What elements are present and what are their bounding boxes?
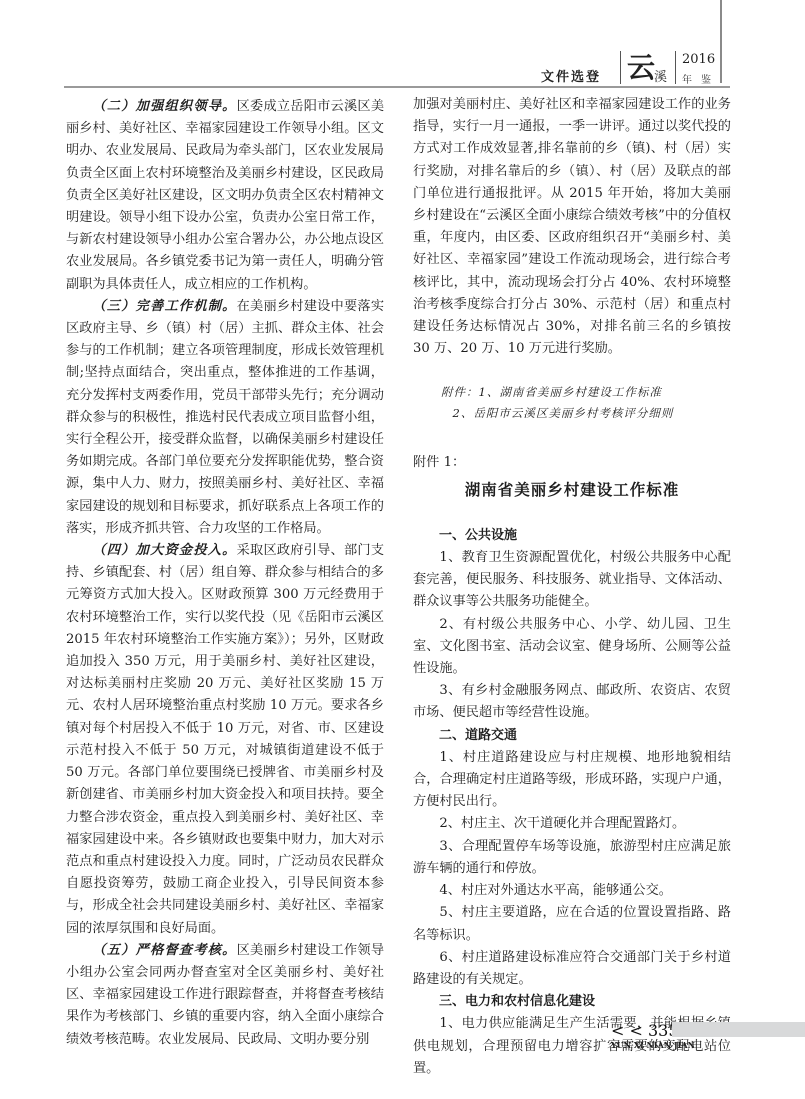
header-vertical-rule (720, 0, 722, 83)
paragraph-heading: （二）加强组织领导。 (92, 99, 236, 114)
paragraph-body: 区美丽乡村建设工作领导小组办公室会同两办督查室对全区美丽乡村、美好社区、幸福家园… (66, 943, 384, 1047)
page-number-bar (672, 1022, 805, 1037)
list-item: 6、村庄道路建设标准应符合交通部门关于乡村道路建设的有关规定。 (413, 947, 731, 991)
list-item: 2、有村级公共服务中心、小学、幼儿园、卫生室、文化图书室、活动会议室、健身场所、… (413, 614, 731, 681)
attachment-item: 2、岳阳市云溪区美丽乡村考核评分细则 (441, 403, 731, 424)
section-label: 文件选登 (541, 66, 601, 85)
attachment-list: 附件：1、湖南省美丽乡村建设工作标准 2、岳阳市云溪区美丽乡村考核评分细则 (413, 382, 731, 424)
page-number: < < 335 (611, 1021, 679, 1040)
section-heading: 一、公共设施 (413, 525, 731, 547)
list-item: 5、村庄主要道路，应在合适的位置设置指路、路名等标识。 (413, 902, 731, 946)
paragraph-mechanism: （三）完善工作机制。在美丽乡村建设中要落实区政府主导、乡（镇）村（居）主抓、群众… (66, 296, 384, 540)
list-item: 1、村庄道路建设应与村庄规模、地形地貌相结合，合理确定村庄道路等级，形成环路，实… (413, 747, 731, 814)
header-separator (675, 51, 676, 84)
paragraph-funding: （四）加大资金投入。采取区政府引导、部门支持、乡镇配套、村（居）组自筹、群众参与… (66, 540, 384, 940)
list-item: 3、有乡村金融服务网点、邮政所、农资店、农贸市场、便民超市等经营性设施。 (413, 680, 731, 724)
brand-logo-xi: 溪 (654, 66, 667, 85)
paragraph-body: 区委成立岳阳市云溪区美丽乡村、美好社区、幸福家园建设工作领导小组。区文明办、农业… (66, 99, 384, 292)
section-heading: 三、电力和农村信息化建设 (413, 991, 731, 1013)
left-column: （二）加强组织领导。区委成立岳阳市云溪区美丽乡村、美好社区、幸福家园建设工作领导… (66, 96, 384, 1051)
paragraph-heading: （四）加大资金投入。 (92, 543, 236, 558)
list-item: 3、合理配置停车场等设施，旅游型村庄应满足旅游车辆的通行和停放。 (413, 836, 731, 880)
appendix-label: 附件 1： (413, 452, 731, 474)
paragraph-body: 在美丽乡村建设中要落实区政府主导、乡（镇）村（居）主抓、群众主体、社会参与的工作… (66, 299, 384, 536)
brand-logo-yun: 云 (627, 53, 655, 83)
paragraph-assessment: （五）严格督查考核。区美丽乡村建设工作领导小组办公室会同两办督查室对全区美丽乡村… (66, 940, 384, 1051)
right-column: 加强对美丽村庄、美好社区和幸福家园建设工作的业务指导，实行一月一通报，一季一讲评… (413, 94, 731, 1080)
header-rule (64, 86, 730, 88)
yearbook-year: 2016 (682, 52, 715, 67)
list-item: 2、村庄主、次干道硬化并合理配置路灯。 (413, 813, 731, 835)
list-item: 4、村庄对外通达水平高，能够通公交。 (413, 880, 731, 902)
paragraph-heading: （五）严格督查考核。 (92, 943, 236, 958)
document-title: 湖南省美丽乡村建设工作标准 (413, 479, 731, 501)
list-item: 1、教育卫生资源配置优化，村级公共服务中心配套完善，便民服务、科技服务、就业指导… (413, 547, 731, 614)
paragraph-organization: （二）加强组织领导。区委成立岳阳市云溪区美丽乡村、美好社区、幸福家园建设工作领导… (66, 96, 384, 296)
header-separator (620, 51, 621, 84)
footer-pinyin: YUN XI NIAN JIAN (611, 1040, 695, 1050)
paragraph-body: 采取区政府引导、部门支持、乡镇配套、村（居）组自筹、群众参与相结合的多元筹资方式… (66, 543, 384, 935)
attachment-item: 附件：1、湖南省美丽乡村建设工作标准 (441, 382, 731, 403)
yearbook-label: 年鉴 (682, 71, 720, 86)
section-heading: 二、道路交通 (413, 725, 731, 747)
paragraph-assessment-continued: 加强对美丽村庄、美好社区和幸福家园建设工作的业务指导，实行一月一通报，一季一讲评… (413, 94, 731, 360)
paragraph-heading: （三）完善工作机制。 (92, 299, 236, 314)
